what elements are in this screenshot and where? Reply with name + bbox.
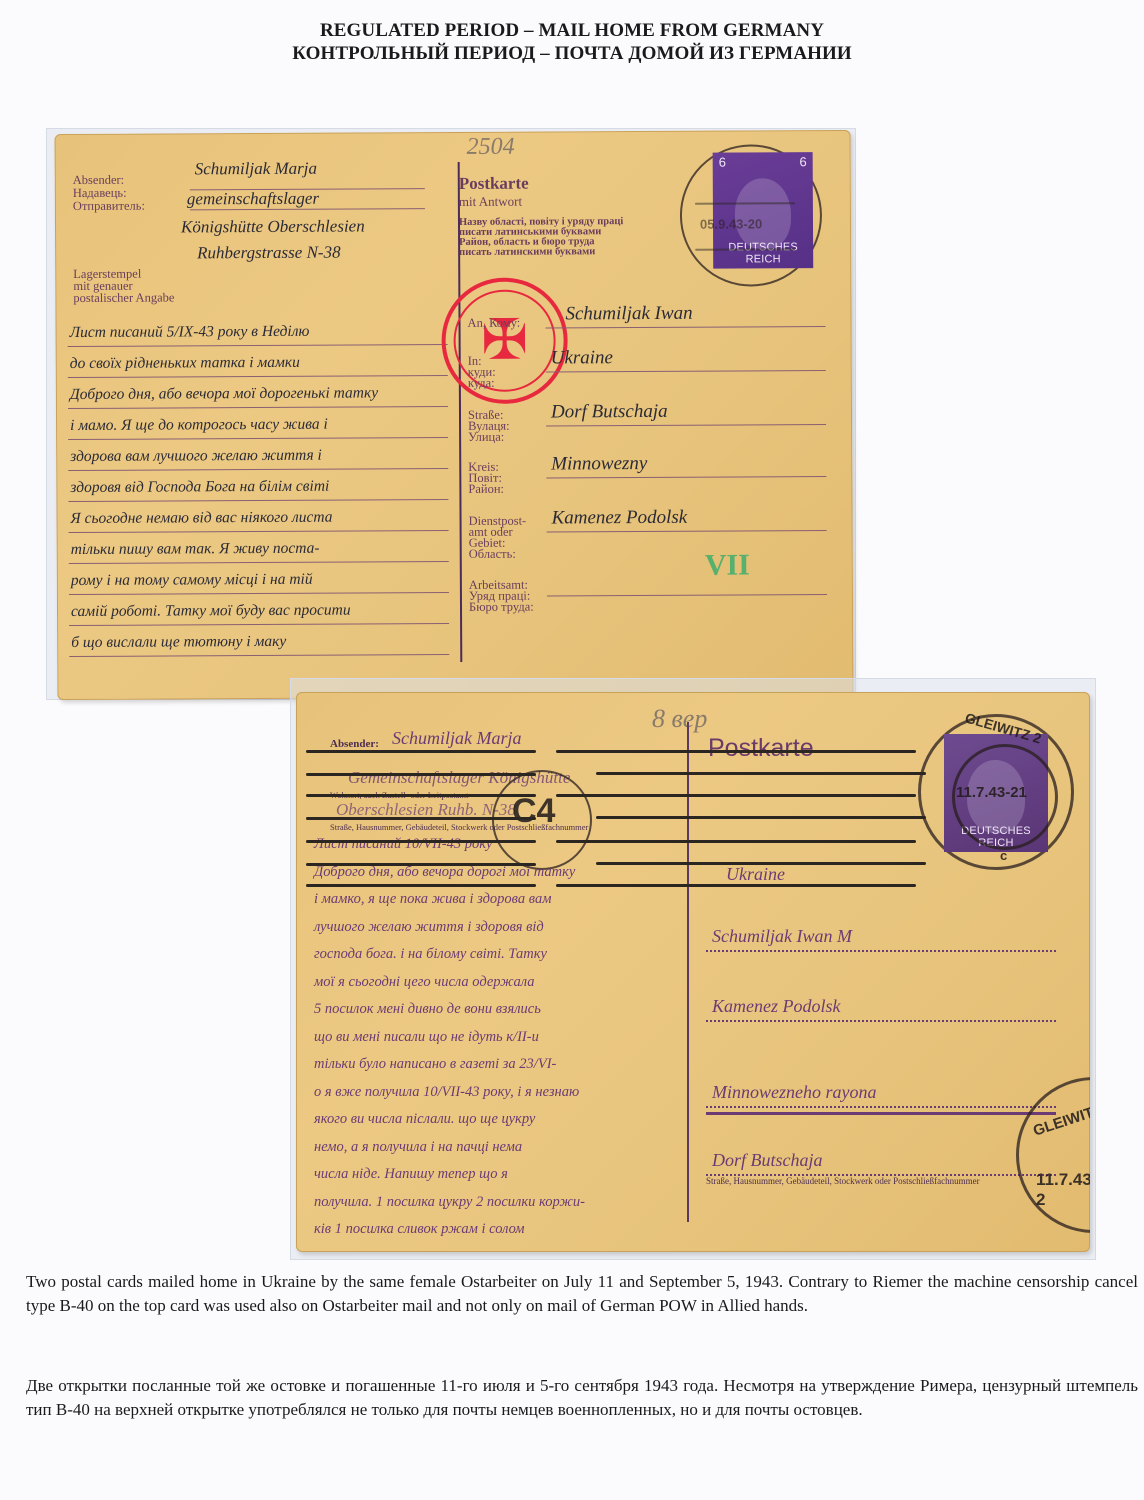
letter-line: Лист писаний 10/VII-43 року <box>314 836 492 853</box>
letter-line: б що вислали ще тютюну і маку <box>71 633 286 652</box>
latin-instructions: Назву області, повіту і уряду праці писа… <box>459 217 624 258</box>
address-value: Schumiljak Iwan M <box>712 926 852 947</box>
postkarte-heading: Postkarte <box>459 174 529 194</box>
letter-line: лучшого желаю життя і здоровя від <box>314 919 544 936</box>
address-value: Minnowezny <box>551 453 647 476</box>
letter-line: і мамко, я ще пока жива і здорова вам <box>314 891 551 908</box>
address-value: Minnowezneho rayona <box>712 1082 876 1103</box>
caption-english: Two postal cards mailed home in Ukraine … <box>26 1270 1138 1318</box>
letter-line: тільки було написано в газеті за 23/VI- <box>314 1056 556 1073</box>
letter-line: здорова вам лучшого желаю життя і <box>70 447 322 466</box>
censorship-cancel-b40: ✠ <box>441 277 568 404</box>
postmark-letter: c <box>1000 848 1007 863</box>
pencil-number: 2504 <box>467 134 515 161</box>
letter-line: Я сьогодне немаю від вас ніякого листа <box>70 509 332 528</box>
postkarte-heading: Postkarte <box>708 734 814 763</box>
page-title-ru: КОНТРОЛЬНЫЙ ПЕРИОД – ПОЧТА ДОМОЙ ИЗ ГЕРМ… <box>0 43 1144 65</box>
letter-line: о я вже получила 10/VII-43 року, і я нез… <box>314 1084 579 1101</box>
strasse-label-address: Straße, Hausnummer, Gebäudeteil, Stockwe… <box>706 1176 980 1186</box>
postmark-date: 05.9.43-20 <box>700 216 762 231</box>
sender-line: Ruhbergstrasse N-38 <box>197 243 341 264</box>
postmark-date: 11.7.43-21 <box>956 784 1027 801</box>
letter-line: здоровя від Господа Бога на білім світі <box>70 478 329 497</box>
sender-label: Absender: <box>330 738 379 750</box>
sender-line: gemeinschaftslager <box>187 189 319 210</box>
address-value: Kamenez Podolsk <box>551 507 687 530</box>
letter-line: получила. 1 посилка цукру 2 посилки корж… <box>314 1194 585 1211</box>
address-value: Schumiljak Iwan <box>565 303 692 326</box>
page-title-en: REGULATED PERIOD – MAIL HOME FROM GERMAN… <box>0 20 1144 42</box>
pencil-number: 8 вер <box>652 704 707 734</box>
letter-line: немо, а я получила і на пачці нема <box>314 1139 522 1156</box>
mit-antwort: mit Antwort <box>459 194 522 210</box>
sender-name: Schumiljak Marja <box>392 728 521 749</box>
letter-line: що ви мені писали що не ідуть к/II-и <box>314 1029 539 1046</box>
bottom-postal-card: 8 вер Absender: Schumiljak Marja Gemeins… <box>296 692 1090 1252</box>
address-value: Dorf Butschaja <box>712 1150 823 1171</box>
address-label: Arbeitsamt:Уряд праці:Бюро труда: <box>469 580 534 613</box>
address-value: Kamenez Podolsk <box>712 996 840 1017</box>
top-postal-card: Absender: Надавець: Отправитель: Schumil… <box>55 130 854 700</box>
letter-line: числа ніде. Напишу тепер що я <box>314 1166 508 1183</box>
letter-line: 5 посилок мені дивно де вони взялись <box>314 1001 541 1018</box>
letter-line: якого ви числа післали. що ще цукру <box>314 1111 535 1128</box>
letter-line: Лист писаний 5/IX-43 року в Неділю <box>70 323 310 342</box>
postage-stamp: 6 6 DEUTSCHES REICH <box>713 152 814 269</box>
letter-line: господа бога. і на білому світі. Татку <box>314 946 547 963</box>
letter-line: тільки пишу вам так. Я живу поста- <box>71 540 320 559</box>
green-mark: VII <box>705 548 750 582</box>
letter-line: самій роботі. Татку мої буду вас просити <box>71 602 351 621</box>
address-value: Ukraine <box>726 864 785 885</box>
caption-russian: Две открытки посланные той же остовке и … <box>26 1374 1138 1422</box>
letter-line: до своїх рідненьких татка і мамки <box>70 354 300 373</box>
address-value: Ukraine <box>551 347 613 369</box>
censor-mark: C4 <box>512 792 555 831</box>
address-value: Dorf Butschaja <box>551 401 668 424</box>
address-label: An, Кому: <box>467 318 520 329</box>
letter-line: мої я сьогодні цего числа одержала <box>314 974 534 991</box>
sender-name: Schumiljak Marja <box>195 159 317 180</box>
letter-line: і мамо. Я ще до котрогось часу жива і <box>70 416 328 435</box>
letter-line: ків 1 посилка сливок ржам і солом <box>314 1221 525 1238</box>
camp-stamp-labels: Lagerstempel mit genauer postalischer An… <box>73 267 174 304</box>
address-label: In:куди:куда: <box>468 356 496 389</box>
letter-line: Доброго дня, або вечора дорогі мої татку <box>314 864 575 881</box>
address-label: Straße:Вулаця:Улица: <box>468 410 510 443</box>
sender-labels: Absender: Надавець: Отправитель: <box>73 174 145 213</box>
address-label: Kreis:Повіт:Район: <box>468 462 504 495</box>
address-label: Dienstpost-amt oderGebiet:Область: <box>469 516 527 560</box>
letter-line: рому і на тому самому місці і на тій <box>71 571 313 590</box>
postmark-bottom-date: 11.7.43-2 <box>1036 1170 1090 1210</box>
letter-line: Доброго дня, або вечора мої дорогенькі т… <box>70 384 378 404</box>
sender-line: Königshütte Oberschlesien <box>181 216 365 237</box>
